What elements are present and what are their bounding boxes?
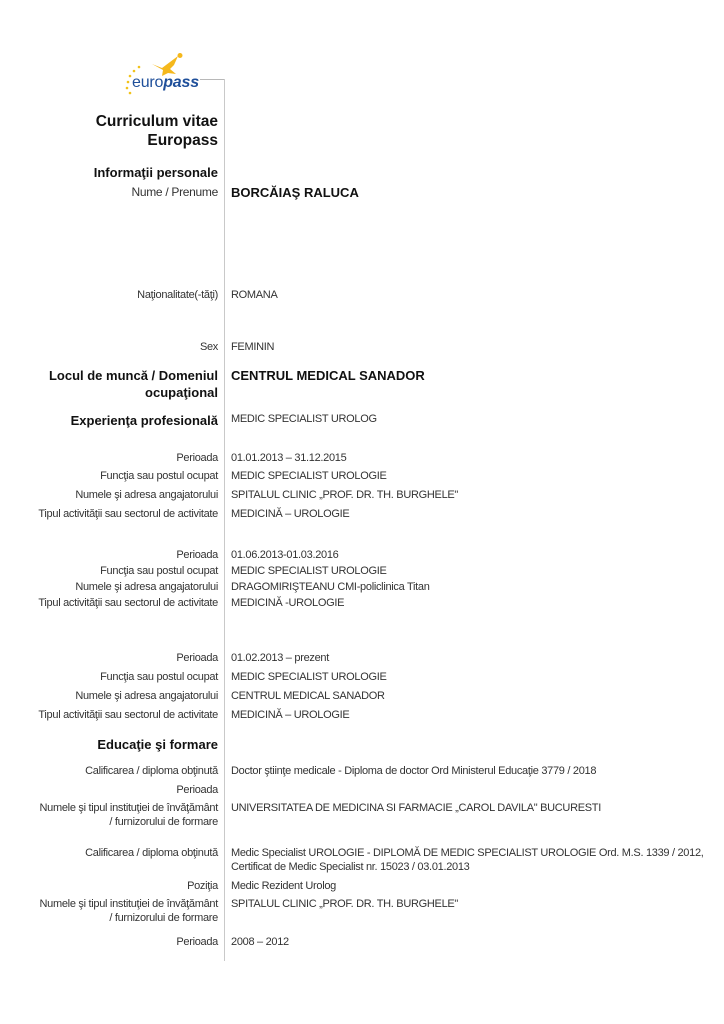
exp3-period: 01.02.2013 – prezent [231,652,329,665]
label-institution-line2: / furnizorului de formare [109,816,218,829]
europass-logo: europass [132,74,199,92]
label-qualification: Calificarea / diploma obţinută [85,765,218,778]
edu2-institution: SPITALUL CLINIC „PROF. DR. TH. BURGHELE" [231,898,458,911]
label-qualification: Calificarea / diploma obţinută [85,847,218,860]
exp1-period: 01.01.2013 – 31.12.2015 [231,452,346,465]
exp3-sector: MEDICINĂ – UROLOGIE [231,709,349,722]
exp2-period: 01.06.2013-01.03.2016 [231,549,338,562]
exp1-employer: SPITALUL CLINIC „PROF. DR. TH. BURGHELE" [231,489,458,502]
label-period: Perioada [176,452,218,465]
label-period: Perioada [176,652,218,665]
value-sex: FEMININ [231,341,274,354]
label-sector: Tipul activităţii sau sectorul de activi… [38,508,218,521]
edu2-qualification-line2: Certificat de Medic Specialist nr. 15023… [231,861,469,874]
label-period: Perioada [176,549,218,562]
header-rule [200,79,225,80]
label-workplace-line2: ocupaţional [145,385,218,401]
label-institution-line2: / furnizorului de formare [109,912,218,925]
exp3-position: MEDIC SPECIALIST UROLOGIE [231,671,387,684]
value-name: BORCĂIAŞ RALUCA [231,185,359,200]
label-sex: Sex [200,341,218,354]
label-position: Funcţia sau postul ocupat [100,565,218,578]
column-divider [224,79,225,961]
value-nationality: ROMANA [231,289,277,302]
edu1-qualification: Doctor ştiinţe medicale - Diploma de doc… [231,765,596,778]
exp2-sector: MEDICINĂ -UROLOGIE [231,597,344,610]
label-employer: Numele şi adresa angajatorului [75,581,218,594]
label-position: Funcţia sau postul ocupat [100,671,218,684]
exp1-sector: MEDICINĂ – UROLOGIE [231,508,349,521]
label-sector: Tipul activităţii sau sectorul de activi… [38,597,218,610]
label-sector: Tipul activităţii sau sectorul de activi… [38,709,218,722]
edu2-period: 2008 – 2012 [231,936,289,949]
edu2-qualification-line1: Medic Specialist UROLOGIE - DIPLOMĂ DE M… [231,847,704,860]
label-name: Nume / Prenume [131,186,218,199]
label-workplace-line1: Locul de muncă / Domeniul [49,368,218,384]
exp3-employer: CENTRUL MEDICAL SANADOR [231,690,385,703]
label-nationality: Naţionalitate(-tăţi) [137,289,218,302]
label-period: Perioada [176,784,218,797]
exp1-position: MEDIC SPECIALIST UROLOGIE [231,470,387,483]
label-institution-line1: Numele şi tipul instituţiei de învăţămân… [40,898,218,911]
section-heading-personal: Informaţii personale [94,165,218,181]
section-heading-experience: Experienţa profesională [71,413,218,429]
label-employer: Numele şi adresa angajatorului [75,489,218,502]
value-workplace: CENTRUL MEDICAL SANADOR [231,368,425,383]
exp2-position: MEDIC SPECIALIST UROLOGIE [231,565,387,578]
exp2-employer: DRAGOMIRIŞTEANU CMI-policlinica Titan [231,581,430,594]
label-position: Funcţia sau postul ocupat [100,470,218,483]
experience-summary: MEDIC SPECIALIST UROLOG [231,413,377,426]
cv-title-line1: Curriculum vitae [96,112,218,131]
cv-title-line2: Europass [147,131,218,150]
label-position: Poziţia [187,880,218,893]
edu2-position: Medic Rezident Urolog [231,880,336,893]
section-heading-education: Educaţie şi formare [97,737,218,753]
label-institution-line1: Numele şi tipul instituţiei de învăţămân… [40,802,218,815]
label-employer: Numele şi adresa angajatorului [75,690,218,703]
edu1-institution: UNIVERSITATEA DE MEDICINA SI FARMACIE „C… [231,802,601,815]
label-period: Perioada [176,936,218,949]
